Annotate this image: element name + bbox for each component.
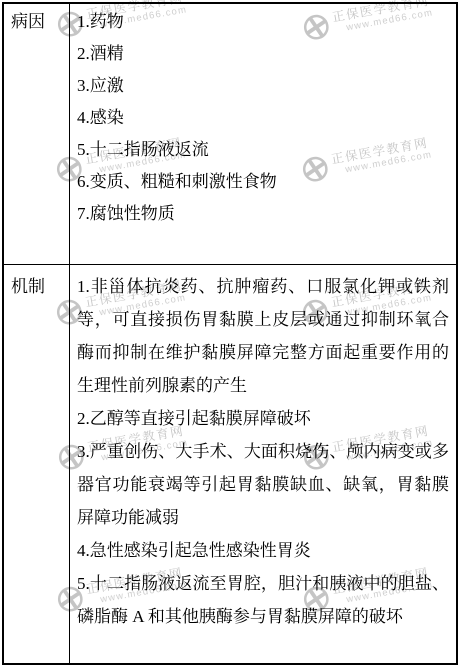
row-label-etiology: 病因 bbox=[4, 4, 70, 265]
list-item: 7.腐蚀性物质 bbox=[77, 198, 449, 230]
list-item: 5.十二指肠液返流至胃腔，胆汁和胰液中的胆盐、磷脂酶 A 和其他胰酶参与胃黏膜屏… bbox=[77, 567, 449, 633]
list-item: 4.急性感染引起急性感染性胃炎 bbox=[77, 534, 449, 567]
list-item: 1.非甾体抗炎药、抗肿瘤药、口服氯化钾或铁剂等，可直接损伤胃黏膜上皮层或通过抑制… bbox=[77, 270, 449, 402]
list-item: 6.变质、粗糙和刺激性食物 bbox=[77, 166, 449, 198]
list-item: 2.酒精 bbox=[77, 38, 449, 70]
list-item: 3.严重创伤、大手术、大面积烧伤、颅内病变或多器官功能衰竭等引起胃黏膜缺血、缺氧… bbox=[77, 435, 449, 534]
etiology-item-list: 1.药物2.酒精3.应激4.感染5.十二指肠液返流6.变质、粗糙和刺激性食物7.… bbox=[70, 4, 456, 265]
page: 正保医学教育网www.med66.com正保医学教育网www.med66.com… bbox=[0, 0, 462, 668]
list-item: 2.乙醇等直接引起黏膜屏障破坏 bbox=[77, 402, 449, 435]
mechanism-item-list: 1.非甾体抗炎药、抗肿瘤药、口服氯化钾或铁剂等，可直接损伤胃黏膜上皮层或通过抑制… bbox=[70, 265, 456, 663]
list-item: 3.应激 bbox=[77, 70, 449, 102]
list-item: 5.十二指肠液返流 bbox=[77, 134, 449, 166]
list-item: 1.药物 bbox=[77, 6, 449, 38]
etiology-mechanism-table: 病因 1.药物2.酒精3.应激4.感染5.十二指肠液返流6.变质、粗糙和刺激性食… bbox=[2, 2, 458, 665]
list-item: 4.感染 bbox=[77, 102, 449, 134]
row-label-mechanism: 机制 bbox=[4, 265, 70, 663]
